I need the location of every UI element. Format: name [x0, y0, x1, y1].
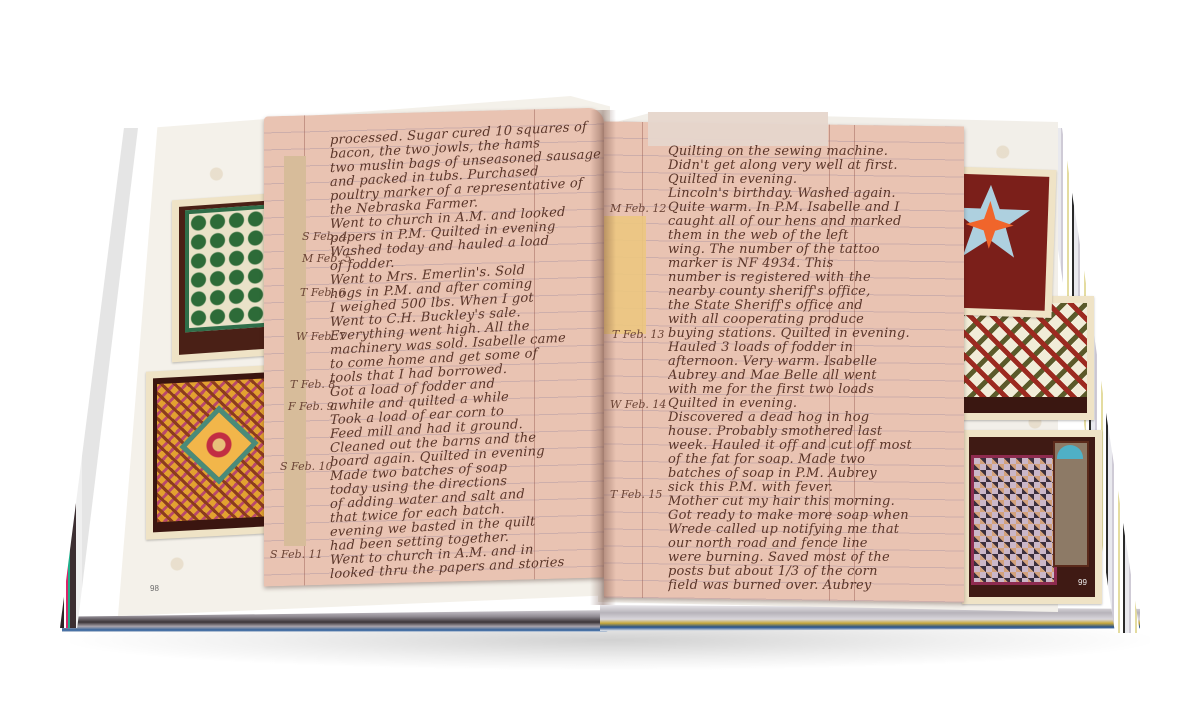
diary-line: field was burned over. Aubrey — [668, 576, 871, 592]
entry-date: T Feb. 15 — [610, 488, 662, 501]
right-page-block-edge — [600, 605, 1140, 631]
entry-date: S Feb. 11 — [270, 548, 323, 561]
entry-date: T Feb. 8 — [290, 378, 335, 391]
entry-date: M Feb. 12 — [610, 202, 666, 215]
left-page-number: 98 — [150, 584, 159, 593]
binding-strip-left — [284, 156, 306, 546]
right-page-number: 99 — [1078, 578, 1087, 587]
diary-text-left: processed. Sugar cured 10 squares of bac… — [330, 117, 602, 591]
diary-text-right: Quilting on the sewing machine. Didn't g… — [668, 142, 958, 592]
entry-date: S Feb. 10 — [280, 460, 333, 473]
entry-date: F Feb. 9 — [288, 400, 334, 413]
entry-date: W Feb. 14 — [610, 398, 666, 411]
entry-date: T Feb. 13 — [612, 328, 664, 341]
tape-strip-top — [648, 112, 828, 146]
